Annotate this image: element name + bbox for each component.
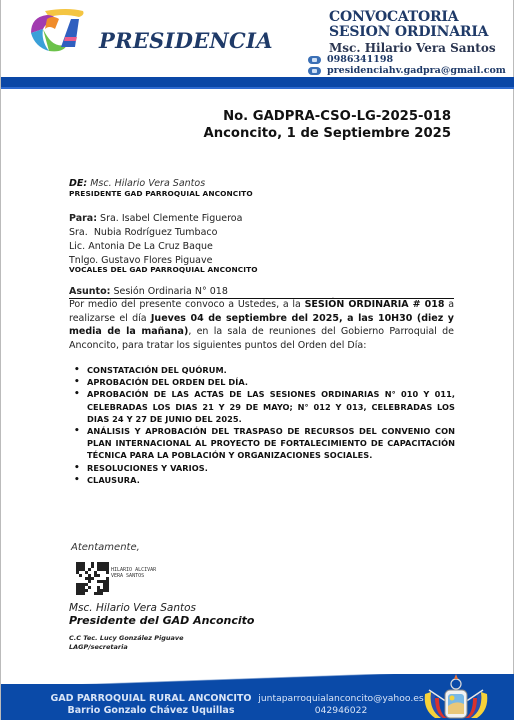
from-line: DE: Msc. Hilario Vera Santos [69, 178, 205, 189]
footer-org: GAD PARROQUIAL RURAL ANCONCITO Barrio Go… [41, 693, 261, 717]
closing-salutation: Atentamente, [71, 542, 140, 553]
from-name: Msc. Hilario Vera Santos [90, 178, 205, 189]
header-email-text: presidenciahv.gadpra@gmail.com [327, 65, 506, 76]
header-title-line2: SESION ORDINARIA [329, 25, 496, 40]
document-page: PRESIDENCIA CONVOCATORIA SESION ORDINARI… [0, 0, 514, 720]
body-session-number: SESIÓN ORDINARIA # 018 [305, 299, 445, 310]
agenda-item: CONSTATACIÓN DEL QUÓRUM. [73, 364, 455, 376]
recipient-name: Sra. Nubia Rodríguez Tumbaco [69, 226, 242, 240]
email-icon [308, 67, 321, 75]
carbon-copy: C.C Tec. Lucy González Piguave LAGP/secr… [69, 634, 184, 652]
body-text: Por medio del presente convoco a Ustedes… [69, 299, 305, 310]
from-label: DE: [69, 178, 87, 189]
cc-initials: LAGP/secretaria [69, 643, 184, 652]
recipient-name: Lic. Antonia De La Cruz Baque [69, 240, 242, 254]
subject-label: Asunto: [69, 286, 110, 297]
header-phone-text: 0986341198 [327, 54, 393, 65]
phone-icon [308, 56, 321, 64]
recipient-name: Sra. Isabel Clemente Figueroa [100, 213, 242, 224]
recipients-block: Para: Sra. Isabel Clemente Figueroa Sra.… [69, 212, 242, 268]
recipients-role: VOCALES DEL GAD PARROQUIAL ANCONCITO [69, 265, 258, 274]
footer-address: Barrio Gonzalo Chávez Uquillas [41, 705, 261, 717]
header-divider-bar [1, 77, 514, 89]
subject-value: Sesión Ordinaria N° 018 [113, 286, 227, 297]
parish-coat-of-arms-icon [421, 672, 491, 720]
to-label: Para: [69, 213, 97, 224]
agenda-list: CONSTATACIÓN DEL QUÓRUM. APROBACIÓN DEL … [73, 364, 455, 486]
recipient-line: Para: Sra. Isabel Clemente Figueroa [69, 212, 242, 226]
signature-line2: VERA SANTOS [111, 573, 156, 579]
agenda-item: ANÁLISIS Y APROBACIÓN DEL TRASPASO DE RE… [73, 425, 455, 462]
signature-text: HILARIO ALCIVAR VERA SANTOS [111, 567, 156, 579]
agenda-item: APROBACIÓN DE LAS ACTAS DE LAS SESIONES … [73, 388, 455, 425]
presidencia-logo-icon [27, 7, 87, 55]
footer-contact: juntaparroquialanconcito@yahoo.es 042946… [246, 693, 436, 717]
reference-place-date: Anconcito, 1 de Septiembre 2025 [204, 125, 451, 142]
footer-email[interactable]: juntaparroquialanconcito@yahoo.es [246, 693, 436, 705]
signer-role: Presidente del GAD Anconcito [69, 614, 254, 627]
header-signer: Msc. Hilario Vera Santos [329, 41, 496, 55]
from-role: PRESIDENTE GAD PARROQUIAL ANCONCITO [69, 189, 253, 198]
footer-phone: 042946022 [246, 705, 436, 717]
footer-org-name: GAD PARROQUIAL RURAL ANCONCITO [41, 693, 261, 705]
brand-title: PRESIDENCIA [99, 28, 273, 53]
cc-line: C.C Tec. Lucy González Piguave [69, 634, 184, 643]
agenda-item: APROBACIÓN DEL ORDEN DEL DÍA. [73, 376, 455, 388]
header-email: presidenciahv.gadpra@gmail.com [308, 65, 506, 76]
electronic-signature: HILARIO ALCIVAR VERA SANTOS [76, 562, 156, 595]
reference-number: No. GADPRA-CSO-LG-2025-018 [204, 108, 451, 125]
reference-block: No. GADPRA-CSO-LG-2025-018 Anconcito, 1 … [204, 108, 451, 142]
header-convocatoria: CONVOCATORIA SESION ORDINARIA Msc. Hilar… [329, 10, 496, 55]
header-title-line1: CONVOCATORIA [329, 10, 496, 25]
qr-code-icon [76, 562, 109, 595]
signer-name: Msc. Hilario Vera Santos [69, 602, 196, 614]
header-phone: 0986341198 [308, 54, 393, 65]
agenda-item: CLAUSURA. [73, 474, 455, 486]
agenda-item: RESOLUCIONES Y VARIOS. [73, 462, 455, 474]
body-paragraph: Por medio del presente convoco a Ustedes… [69, 298, 454, 352]
